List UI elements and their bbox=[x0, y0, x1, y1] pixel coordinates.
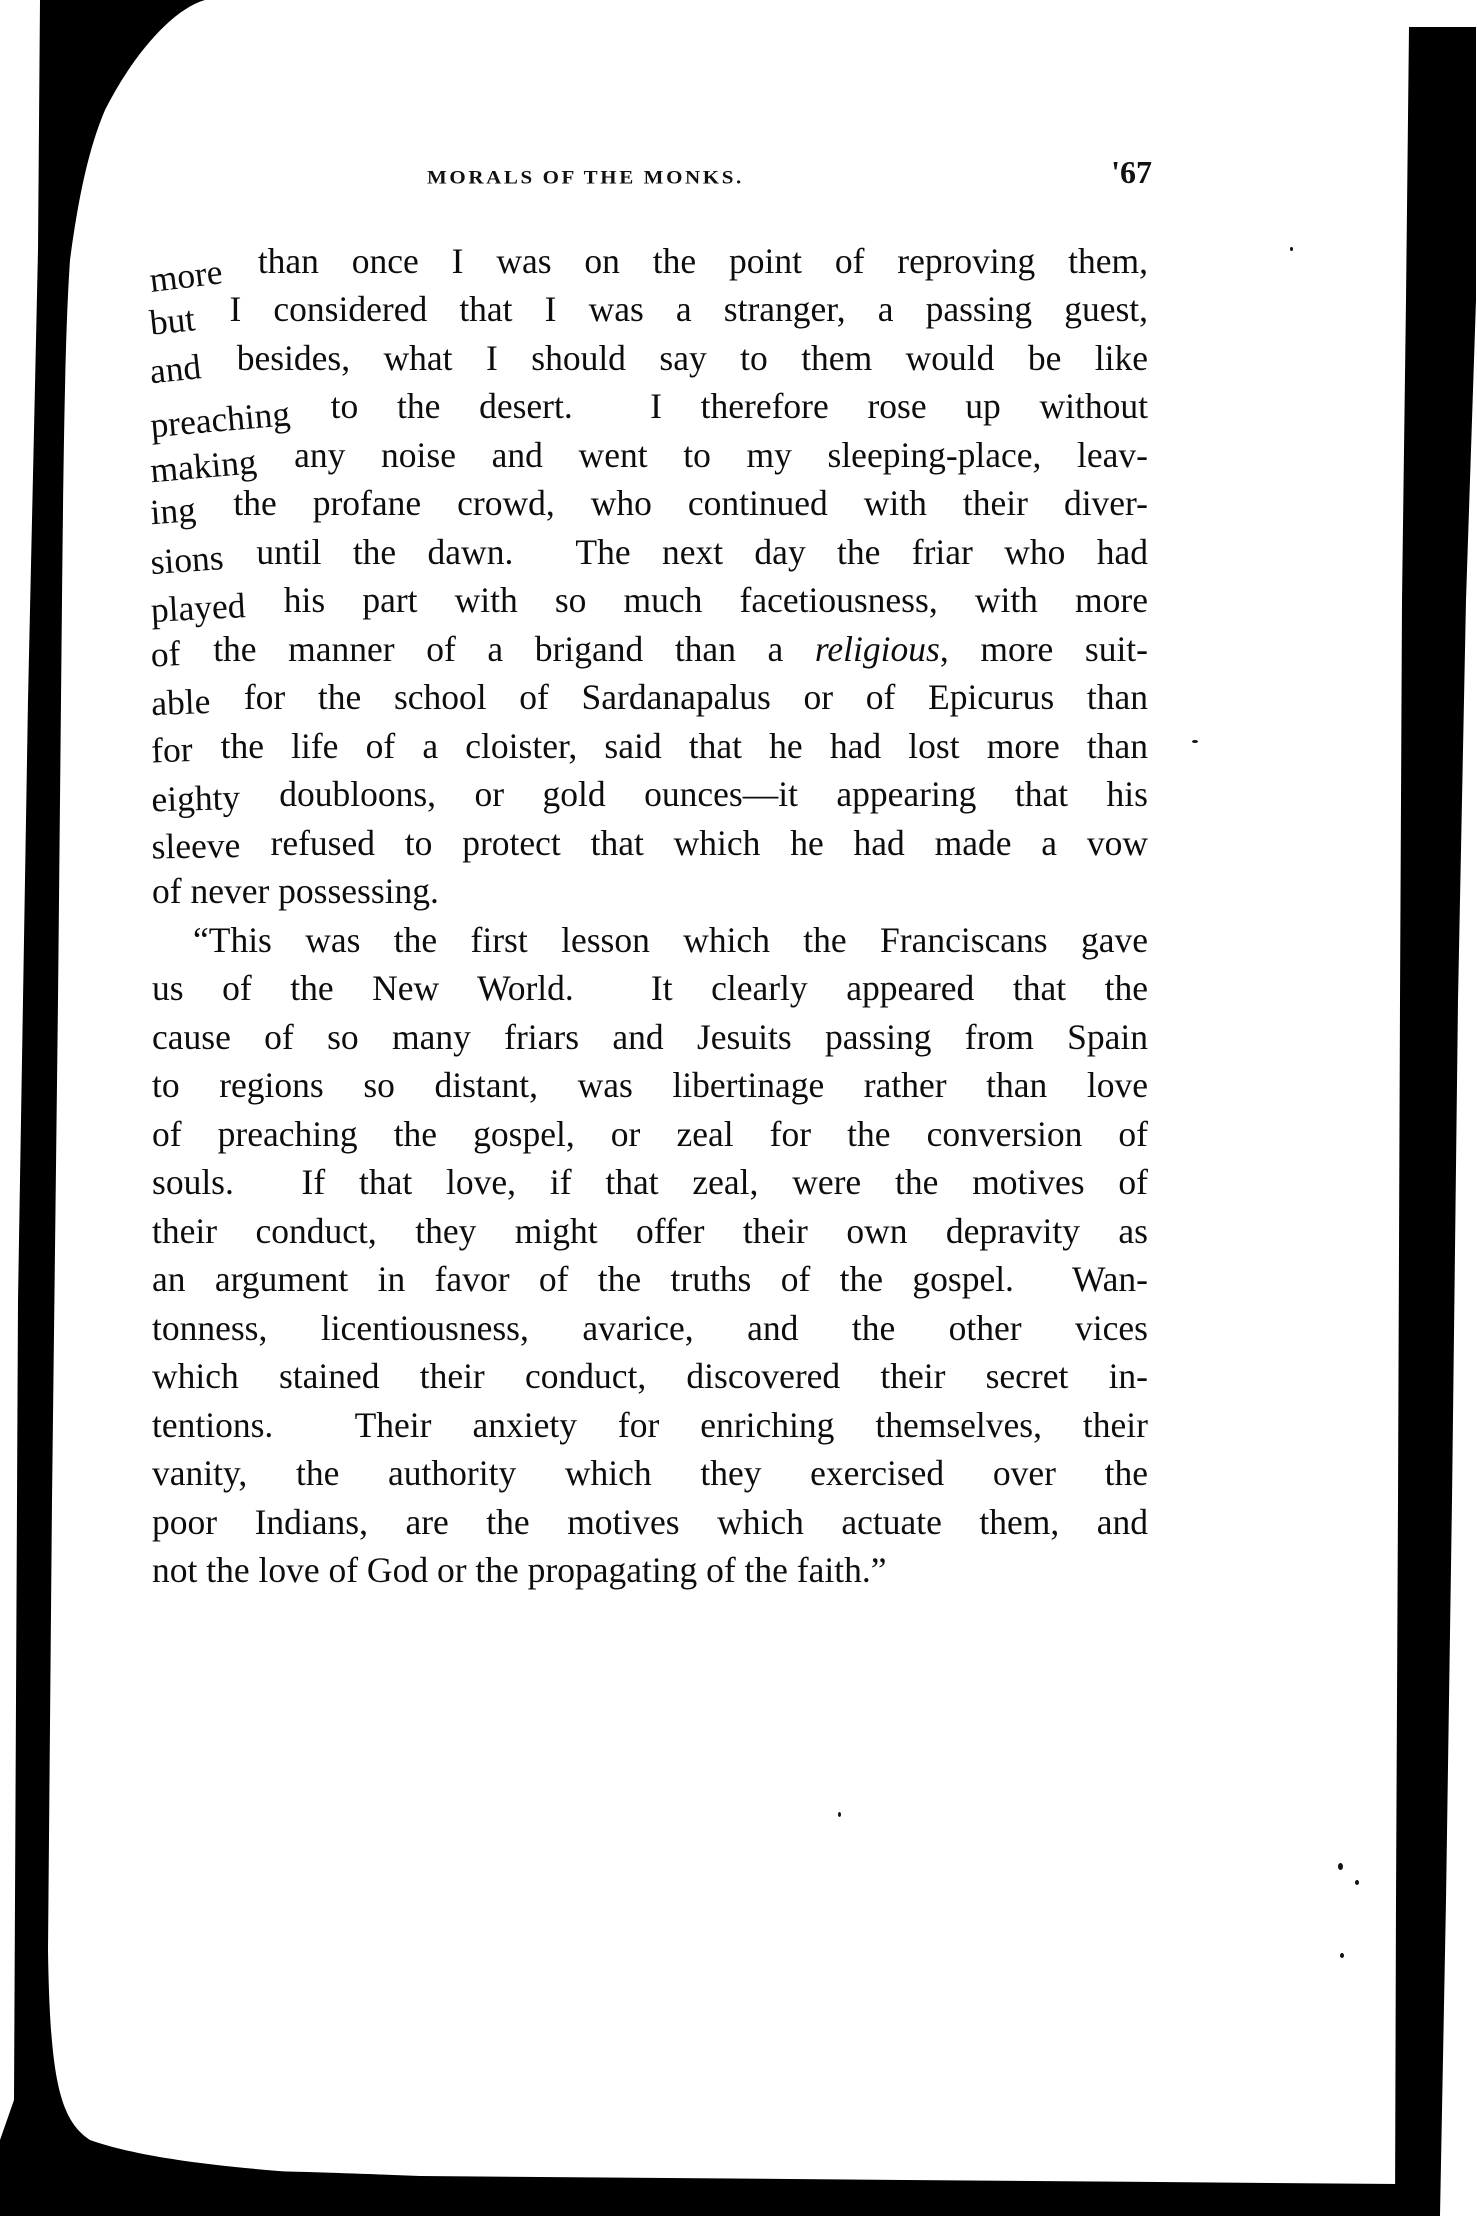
text-line: tentions. Their anxiety for enriching th… bbox=[152, 1401, 1148, 1449]
text-line: preaching to the desert. I therefore ros… bbox=[152, 382, 1148, 430]
text-line: of the manner of a brigand than a religi… bbox=[152, 625, 1148, 673]
scan-speck bbox=[838, 1812, 841, 1817]
text-line: but I considered that I was a stranger, … bbox=[152, 285, 1148, 333]
text-line: for the life of a cloister, said that he… bbox=[152, 722, 1148, 770]
text-line: and besides, what I should say to them w… bbox=[152, 334, 1148, 382]
text-line: souls. If that love, if that zeal, were … bbox=[152, 1158, 1148, 1206]
text-line: vanity, the authority which they exercis… bbox=[152, 1449, 1148, 1497]
text-line: their conduct, they might offer their ow… bbox=[152, 1207, 1148, 1255]
text-line: able for the school of Sardanapalus or o… bbox=[152, 673, 1148, 721]
text-line: ing the profane crowd, who continued wit… bbox=[152, 479, 1148, 527]
scan-speck bbox=[1192, 740, 1198, 743]
text-line: us of the New World. It clearly appeared… bbox=[152, 964, 1148, 1012]
bottom-scan-shadow bbox=[0, 2171, 1398, 2216]
scan-speck bbox=[1355, 1880, 1359, 1885]
scan-speck bbox=[1340, 1953, 1344, 1958]
text-line: eighty doubloons, or gold ounces—it appe… bbox=[152, 770, 1148, 818]
text-line: an argument in favor of the truths of th… bbox=[152, 1255, 1148, 1303]
text-line: of never possessing. bbox=[152, 867, 1148, 915]
page-number: '67 bbox=[1096, 152, 1152, 192]
text-line: “This was the first lesson which the Fra… bbox=[193, 916, 1148, 964]
text-line: more than once I was on the point of rep… bbox=[152, 237, 1148, 285]
text-line: which stained their conduct, discovered … bbox=[152, 1352, 1148, 1400]
scan-speck bbox=[1290, 247, 1293, 251]
text-line: not the love of God or the propagating o… bbox=[152, 1546, 1148, 1594]
text-line: poor Indians, are the motives which actu… bbox=[152, 1498, 1148, 1546]
scan-speck bbox=[1338, 1863, 1343, 1870]
text-line: played his part with so much facetiousne… bbox=[152, 576, 1148, 624]
text-line: making any noise and went to my sleeping… bbox=[152, 431, 1148, 479]
book-page: MORALS OF THE MONKS. '67 more than once … bbox=[0, 0, 1477, 2216]
right-scan-shadow bbox=[1395, 27, 1476, 2216]
italic-word: religious bbox=[815, 629, 940, 669]
text-line: cause of so many friars and Jesuits pass… bbox=[152, 1013, 1148, 1061]
text-line: to regions so distant, was libertinage r… bbox=[152, 1061, 1148, 1109]
text-line: sleeve refused to protect that which he … bbox=[152, 819, 1148, 867]
text-line: sions until the dawn. The next day the f… bbox=[152, 528, 1148, 576]
text-line: of preaching the gospel, or zeal for the… bbox=[152, 1110, 1148, 1158]
running-header: MORALS OF THE MONKS. bbox=[427, 161, 867, 192]
text-line: tonness, licentiousness, avarice, and th… bbox=[152, 1304, 1148, 1352]
